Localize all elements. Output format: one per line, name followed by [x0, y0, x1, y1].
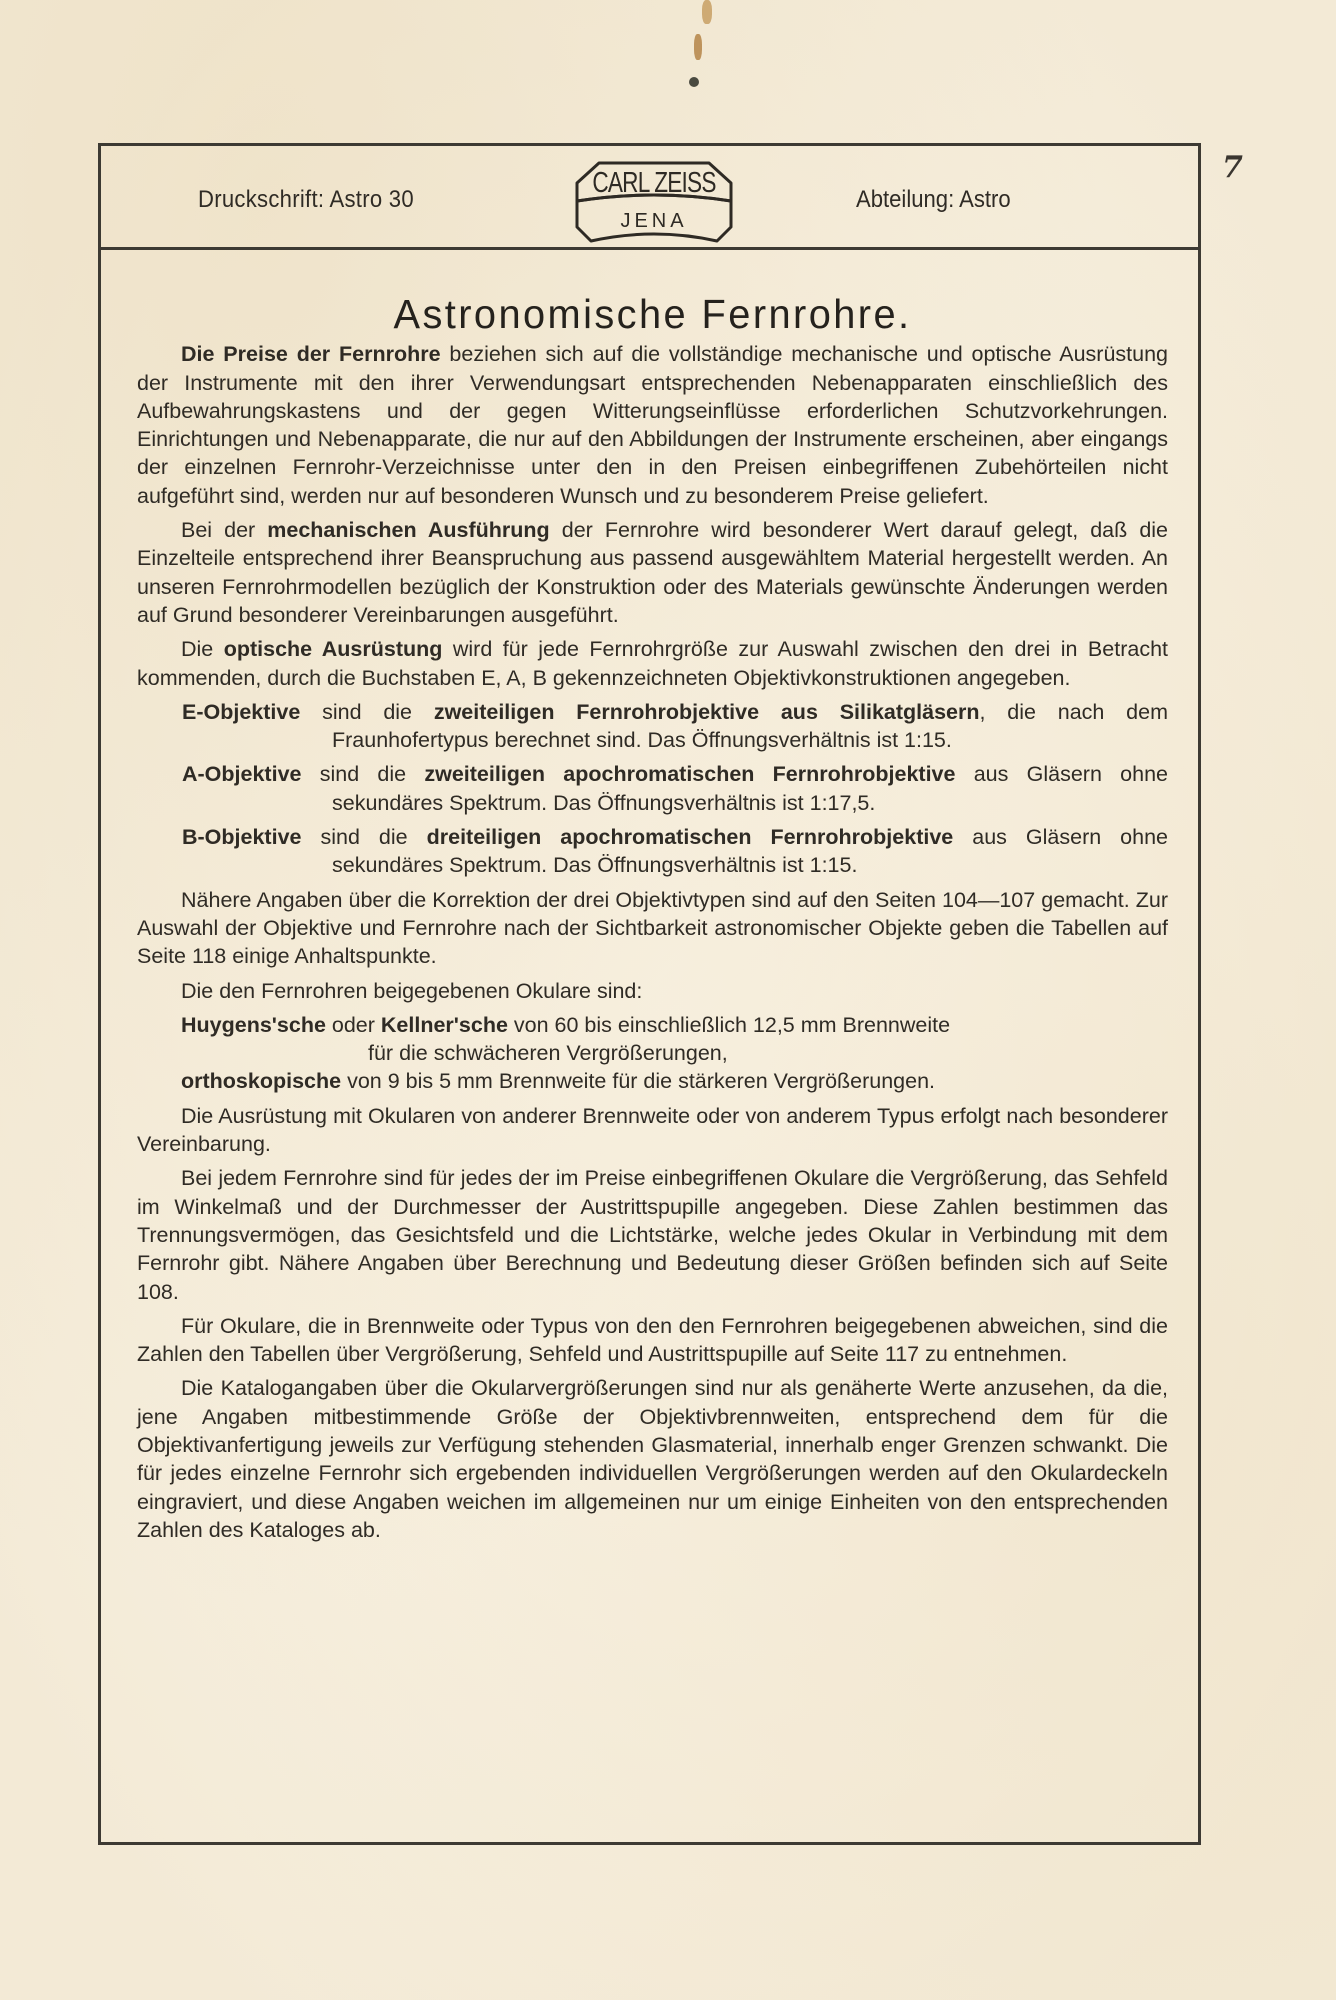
bold-lead: mechanischen Ausführung [267, 518, 549, 542]
okular-item-orthoskopisch: orthoskopische von 9 bis 5 mm Brennweite… [181, 1067, 1168, 1095]
paper-stain [694, 34, 702, 60]
document-header: Druckschrift: Astro 30 CARL ZEISS JENA A… [101, 146, 1198, 250]
paragraph-abweichend: Für Okulare, die in Brennweite oder Typu… [137, 1312, 1168, 1369]
okular-text: oder [326, 1013, 381, 1037]
definition-text: sind die [300, 700, 434, 724]
okular-text: von 60 bis einschließlich 12,5 mm Brennw… [508, 1013, 950, 1037]
objective-definition-b: B-Objektive sind die dreiteiligen apochr… [137, 823, 1168, 880]
okular-text: von 9 bis 5 mm Brennweite für die stärke… [341, 1069, 935, 1093]
paragraph-ausruestung: Die Ausrüstung mit Okularen von anderer … [137, 1102, 1168, 1159]
definition-text: sind die [301, 762, 424, 786]
objective-definition-e: E-Objektive sind die zweiteiligen Fernro… [137, 698, 1168, 755]
objective-term: E-Objektive [182, 700, 300, 724]
bold-lead: Die Preise der Fernrohre [181, 342, 441, 366]
carl-zeiss-jena-logo-icon: CARL ZEISS JENA [569, 157, 739, 245]
paragraph-text: beziehen sich auf die vollständige mecha… [137, 342, 1168, 507]
paragraph-mechanik: Bei der mechanischen Ausführung der Fern… [137, 516, 1168, 629]
logo-top-text: CARL ZEISS [588, 167, 721, 200]
bold-lead: optische Ausrüstung [224, 637, 443, 661]
paragraph-preise: Die Preise der Fernrohre beziehen sich a… [137, 340, 1168, 510]
paragraph-korrektion: Nähere Angaben über die Korrektion der d… [137, 886, 1168, 971]
paragraph-katalog: Die Katalogangaben über die Okularvergrö… [137, 1374, 1168, 1544]
okular-type: Huygens'sche [181, 1013, 326, 1037]
definition-text: sind die [301, 825, 426, 849]
definition-bold: zweiteiligen Fernrohrobjektive aus Silik… [434, 700, 980, 724]
document-body: Astronomische Fernrohre. Die Preise der … [137, 300, 1168, 1550]
page-frame: Druckschrift: Astro 30 CARL ZEISS JENA A… [98, 143, 1201, 1845]
paper-stain [702, 0, 712, 24]
definition-bold: dreiteiligen apochromatischen Fernrohrob… [427, 825, 954, 849]
department-label: Abteilung: Astro [856, 186, 1011, 214]
okulare-list: Huygens'sche oder Kellner'sche von 60 bi… [137, 1011, 1168, 1096]
objective-term: B-Objektive [182, 825, 301, 849]
paragraph-vergroesserung: Bei jedem Fernrohre sind für jedes der i… [137, 1164, 1168, 1305]
objective-definition-a: A-Objektive sind die zweiteiligen apochr… [137, 760, 1168, 817]
paragraph-text: Bei der [181, 518, 267, 542]
okular-type: Kellner'sche [381, 1013, 508, 1037]
page-number: 7 [1222, 150, 1243, 185]
okular-item-huygens-kellner: Huygens'sche oder Kellner'sche von 60 bi… [181, 1011, 1168, 1068]
page-title: Astronomische Fernrohre. [152, 300, 1152, 328]
logo-bottom-text: JENA [569, 210, 739, 233]
okular-text: für die schwächeren Vergrößerungen, [181, 1039, 1168, 1067]
okulare-intro: Die den Fernrohren beigegebenen Okulare … [137, 977, 1168, 1005]
objective-term: A-Objektive [182, 762, 301, 786]
ink-dot [689, 77, 699, 87]
definition-bold: zweiteiligen apochromatischen Fernrohrob… [424, 762, 955, 786]
paragraph-optik: Die optische Ausrüstung wird für jede Fe… [137, 635, 1168, 692]
paragraph-text: Die [181, 637, 224, 661]
publication-label: Druckschrift: Astro 30 [198, 186, 414, 214]
okular-type: orthoskopische [181, 1069, 341, 1093]
